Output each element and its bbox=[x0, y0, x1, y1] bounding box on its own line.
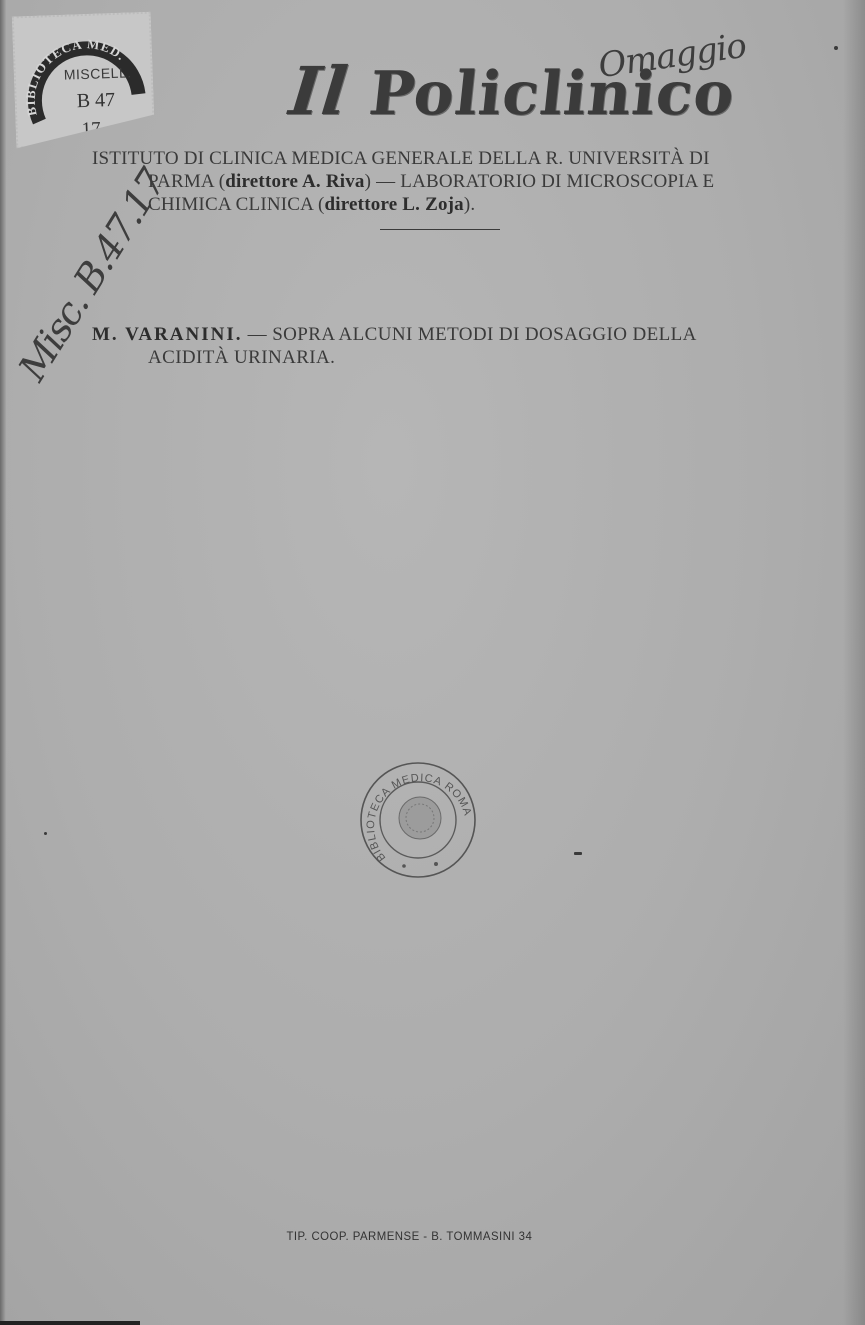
director-name: direttore A. Riva bbox=[225, 171, 364, 192]
masthead-article: Il bbox=[286, 52, 352, 130]
label-category: MISCELL. bbox=[64, 64, 132, 82]
institute-line-2: PARMA (direttore A. Riva) — LABORATORIO … bbox=[92, 170, 792, 193]
article-title-continued: ACIDITÀ URINARIA. bbox=[92, 346, 792, 369]
article-author: M. VARANINI. bbox=[92, 324, 243, 345]
page-edge-right bbox=[843, 0, 865, 1325]
institute-line-1: ISTITUTO DI CLINICA MEDICA GENERALE DELL… bbox=[92, 147, 792, 170]
printer-imprint: TIP. COOP. PARMENSE - B. TOMMASINI 34 bbox=[286, 1229, 532, 1243]
paper-speck bbox=[574, 852, 582, 855]
institute-text: PARMA ( bbox=[148, 171, 225, 192]
divider-rule bbox=[380, 229, 500, 230]
institute-text: CHIMICA CLINICA ( bbox=[148, 194, 325, 215]
page-edge-bottom bbox=[0, 1321, 140, 1325]
document-page: BIBLIOTECA MED. MISCELL. B 47 17 Il Poli… bbox=[0, 0, 865, 1325]
institute-text: ). bbox=[464, 194, 475, 215]
page-edge-left bbox=[0, 0, 6, 1325]
institute-heading: ISTITUTO DI CLINICA MEDICA GENERALE DELL… bbox=[92, 147, 792, 216]
article-heading: M. VARANINI. — SOPRA ALCUNI METODI DI DO… bbox=[92, 323, 792, 369]
library-seal-stamp: BIBLIOTECA MEDICA ROMA bbox=[356, 758, 480, 882]
label-number: 17 bbox=[81, 118, 101, 141]
article-line-1: M. VARANINI. — SOPRA ALCUNI METODI DI DO… bbox=[92, 324, 697, 345]
institute-text: ) — LABORATORIO DI MICROSCOPIA E bbox=[365, 171, 715, 192]
coat-of-arms-icon bbox=[399, 797, 441, 839]
paper-speck bbox=[44, 832, 47, 835]
label-shelf: B 47 bbox=[76, 89, 115, 113]
paper-speck bbox=[834, 46, 838, 50]
library-shelfmark-label: BIBLIOTECA MED. MISCELL. B 47 17 bbox=[12, 12, 156, 149]
article-title: — SOPRA ALCUNI METODI DI DOSAGGIO DELLA bbox=[243, 324, 697, 345]
institute-line-3: CHIMICA CLINICA (direttore L. Zoja). bbox=[92, 193, 792, 216]
director-name: direttore L. Zoja bbox=[325, 194, 464, 215]
